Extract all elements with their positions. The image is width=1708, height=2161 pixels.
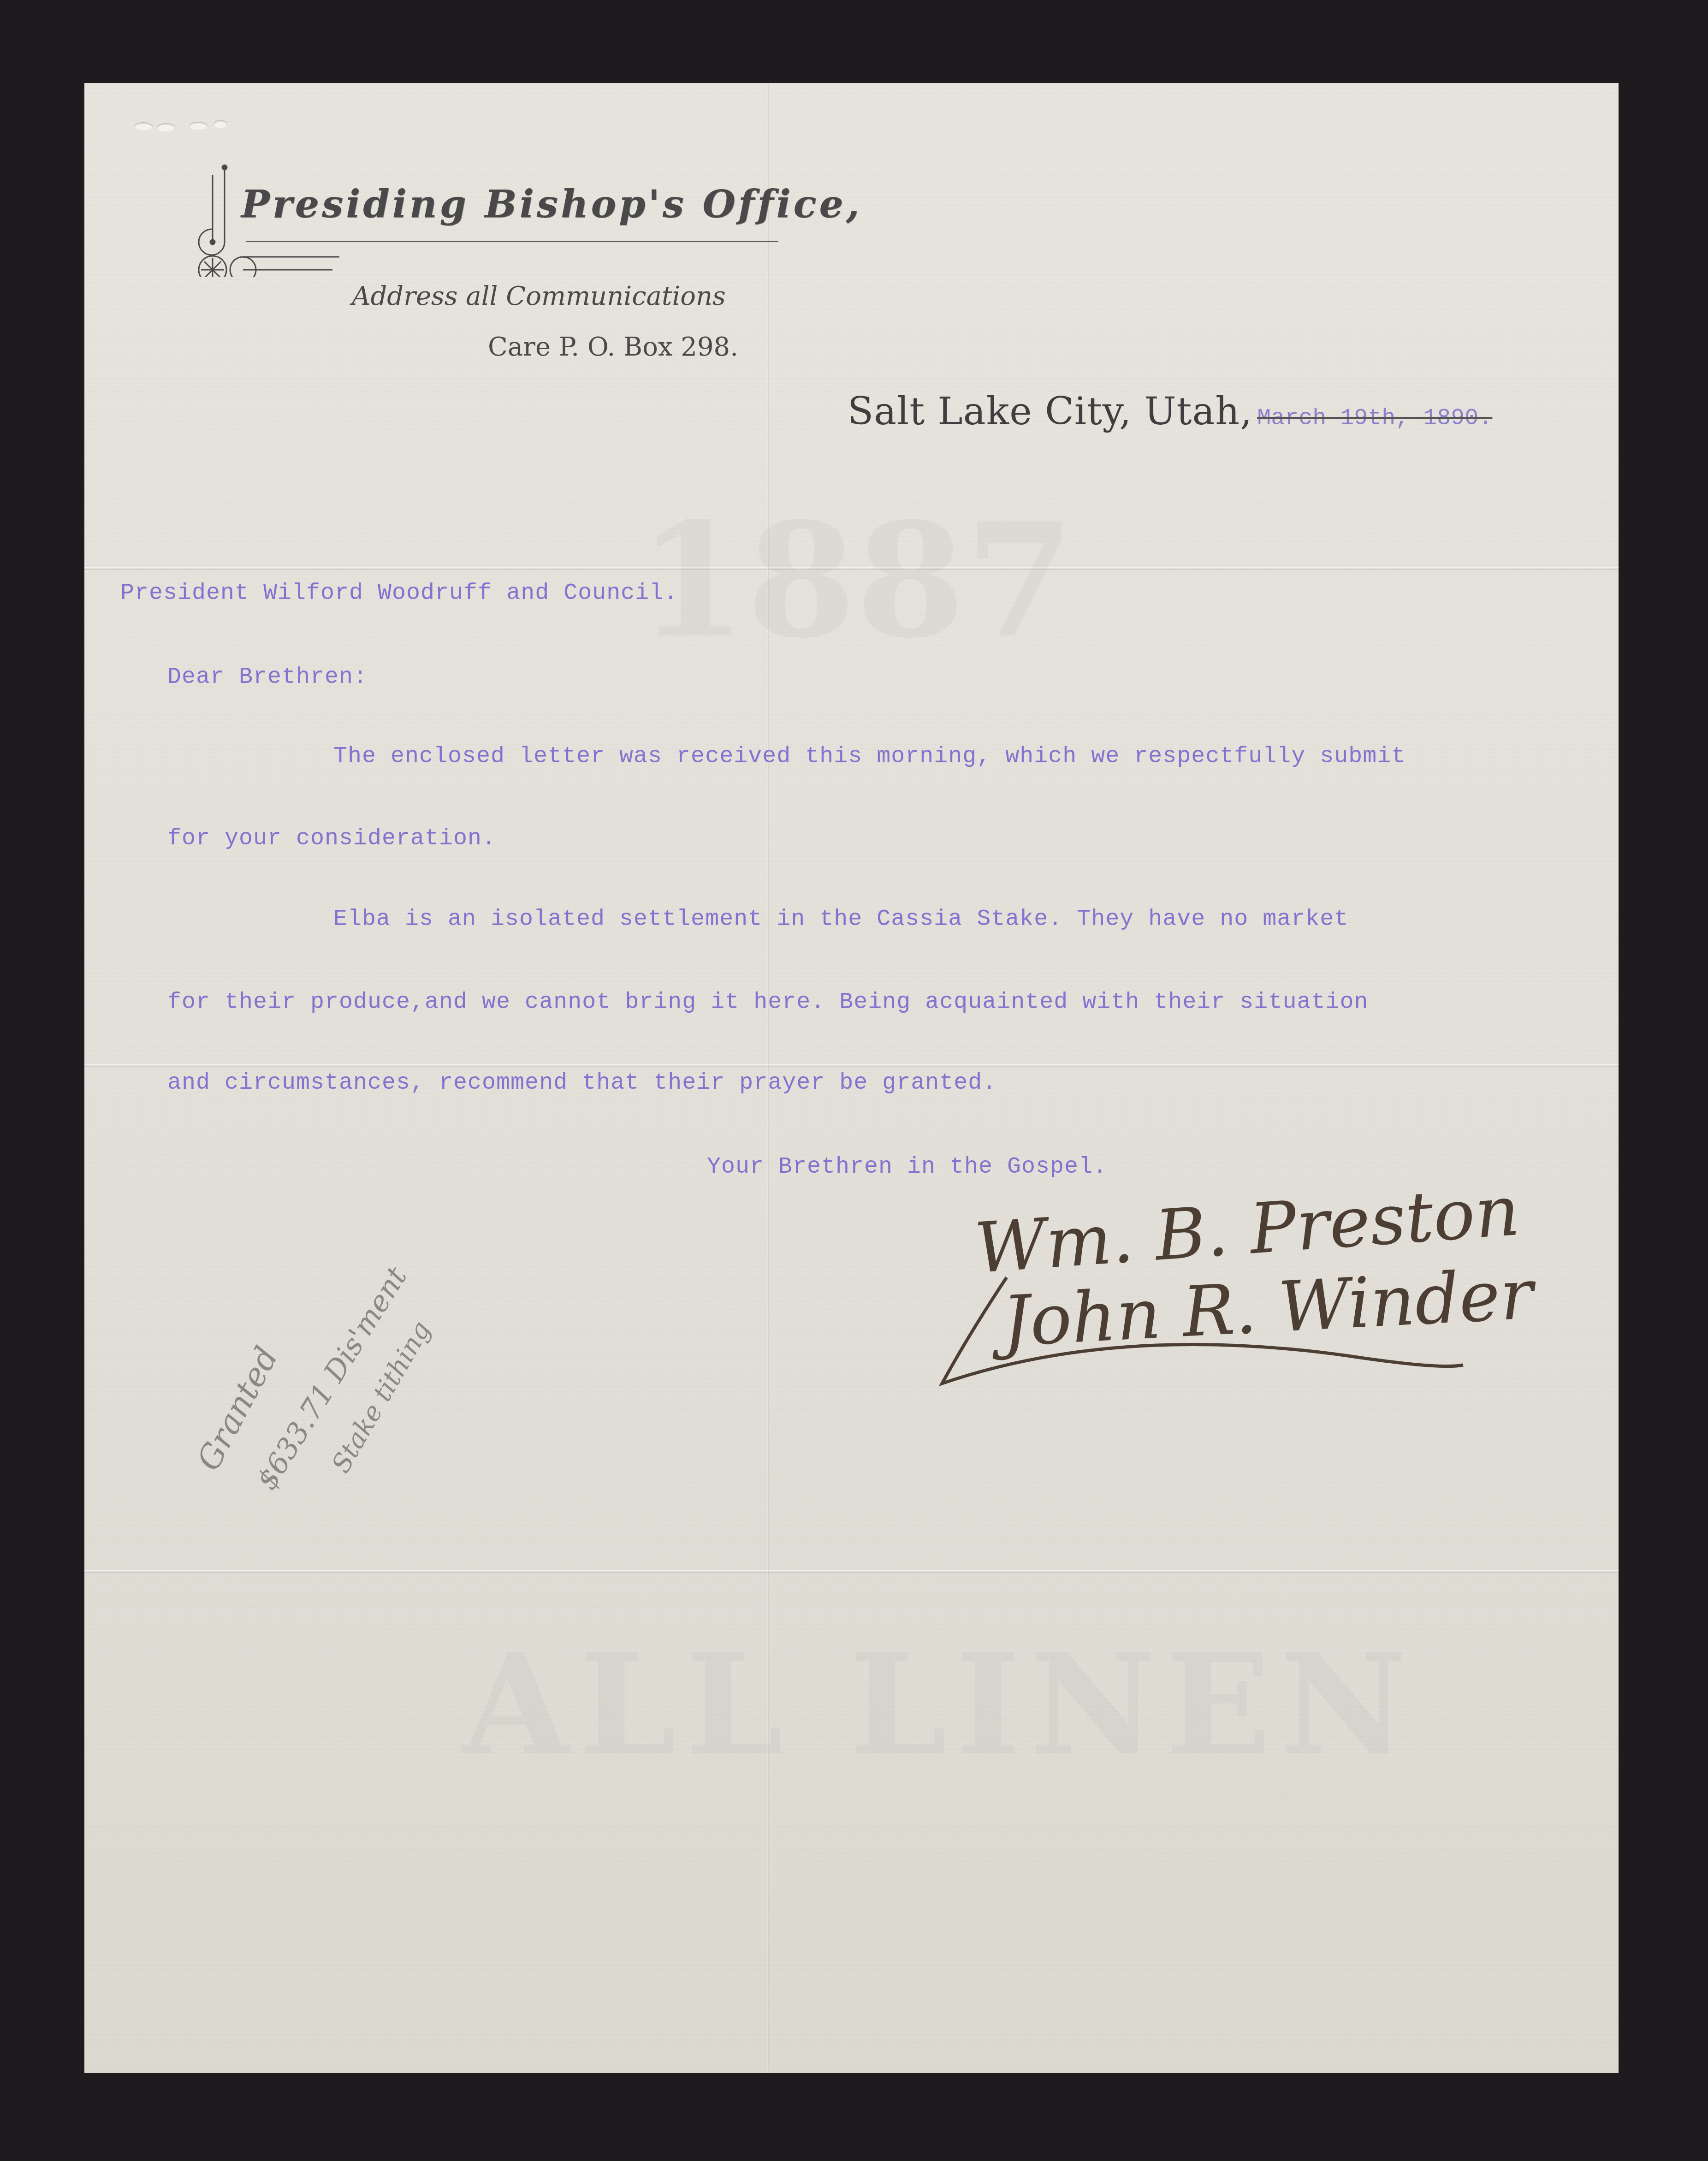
signature-flourish xyxy=(933,1264,1486,1393)
recipient: President Wilford Woodruff and Council. xyxy=(120,580,678,606)
paragraph-line: and circumstances, recommend that their … xyxy=(167,1070,996,1096)
paper-fold xyxy=(84,1064,1619,1067)
paper-fold xyxy=(84,1570,1619,1573)
paragraph-line: for your consideration. xyxy=(167,825,496,852)
watermark-year: 1887 xyxy=(638,489,1074,673)
place: Salt Lake City, Utah, xyxy=(848,390,1252,433)
letterhead-address: Address all Communications xyxy=(352,281,726,311)
closing: Your Brethren in the Gospel. xyxy=(707,1154,1107,1180)
letter-page: 1887 ALL LINEN Presiding Bishop's Office… xyxy=(84,83,1619,2073)
punch-hole xyxy=(157,123,175,131)
dateline: Salt Lake City, Utah,March 19th, 1890. xyxy=(848,390,1492,433)
cart-ornament-icon xyxy=(180,83,365,277)
paragraph-line: for their produce,and we cannot bring it… xyxy=(167,989,1368,1015)
letterhead-rule xyxy=(246,241,778,242)
punch-hole xyxy=(134,122,153,131)
paragraph-line: Elba is an isolated settlement in the Ca… xyxy=(333,906,1348,932)
watermark-text: ALL LINEN xyxy=(463,1623,1416,1786)
salutation: Dear Brethren: xyxy=(167,664,368,690)
letterhead-po-box: Care P. O. Box 298. xyxy=(488,332,738,362)
paragraph-line: The enclosed letter was received this mo… xyxy=(333,743,1406,770)
letterhead-title: Presiding Bishop's Office, xyxy=(241,182,862,226)
date: March 19th, 1890. xyxy=(1257,405,1492,432)
